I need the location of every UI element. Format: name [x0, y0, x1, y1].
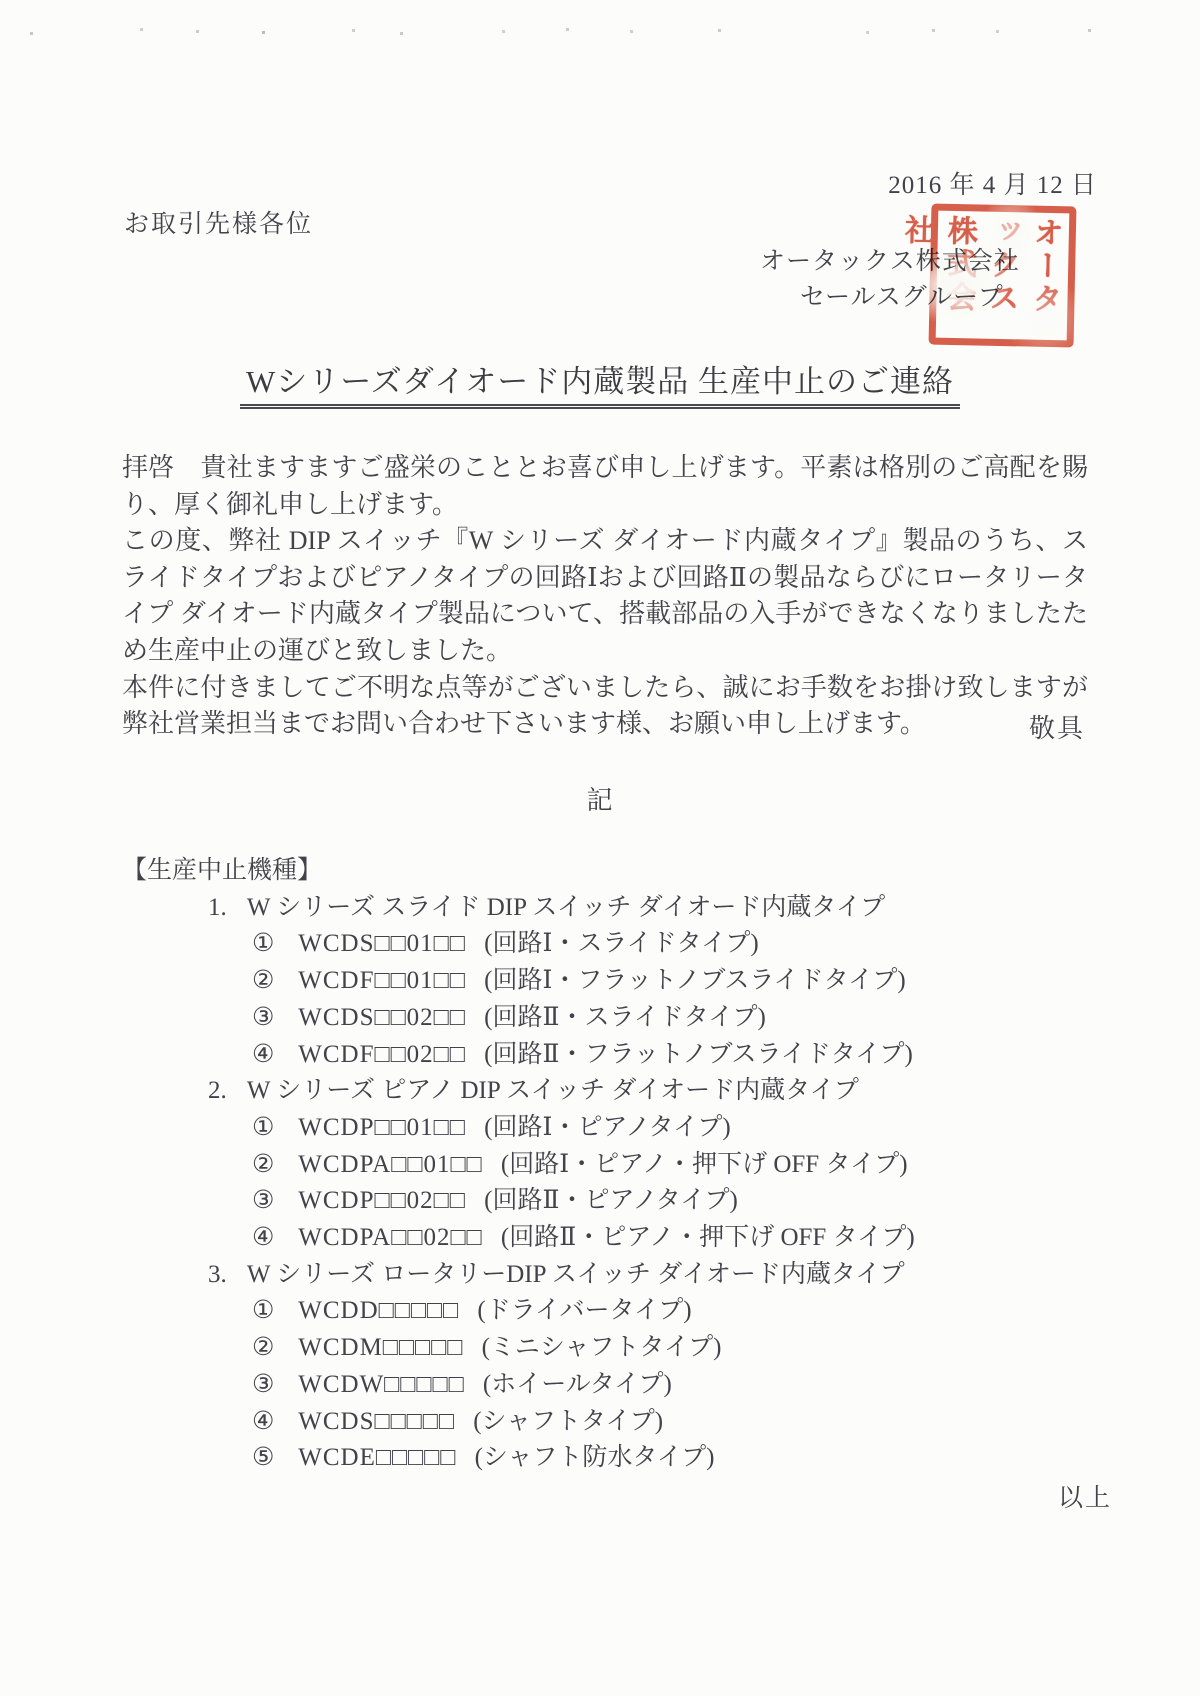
model-item: ② WCDF□□01□□ (回路Ⅰ・フラットノブスライドタイプ)	[122, 963, 1112, 1000]
scan-artifacts	[0, 28, 3, 31]
item-marker: ③	[252, 1183, 292, 1220]
letter-title: Wシリーズダイオード内蔵製品 生産中止のご連絡	[0, 356, 1200, 409]
list-heading: 【生産中止機種】	[122, 853, 1112, 890]
item-marker: ①	[252, 1110, 292, 1147]
item-marker: ①	[252, 926, 292, 963]
model-code: WCDS□□□□□	[298, 1408, 455, 1435]
model-item: ③ WCDW□□□□□ (ホイールタイプ)	[122, 1367, 1112, 1404]
section-number: 3.	[208, 1257, 241, 1294]
item-marker: ②	[252, 1147, 292, 1184]
model-item: ① WCDD□□□□□ (ドライバータイプ)	[122, 1293, 1112, 1330]
model-code: WCDF□□02□□	[298, 1041, 466, 1068]
body-paragraph-contact: 本件に付きましてご不明な点等がございましたら、誠にお手数をお掛け致しますが弊社営…	[122, 670, 1088, 743]
model-item: ④ WCDPA□□02□□ (回路Ⅱ・ピアノ・押下げ OFF タイプ)	[122, 1220, 1112, 1257]
model-desc: (シャフト防水タイプ)	[475, 1444, 715, 1471]
model-desc: (回路Ⅰ・スライドタイプ)	[484, 930, 759, 957]
model-item: ① WCDS□□01□□ (回路Ⅰ・スライドタイプ)	[122, 926, 1112, 963]
item-marker: ⑤	[252, 1440, 292, 1477]
item-marker: ②	[252, 1330, 292, 1367]
section-title-text: W シリーズ ピアノ DIP スイッチ ダイオード内蔵タイプ	[247, 1077, 859, 1104]
model-code: WCDS□□01□□	[298, 930, 466, 957]
model-item: ⑤ WCDE□□□□□ (シャフト防水タイプ)	[122, 1440, 1112, 1477]
model-desc: (回路Ⅱ・スライドタイプ)	[484, 1004, 766, 1031]
scanned-letter-page: 2016 年 4 月 12 日 お取引先様各位 オータックス株式会社 セールスグ…	[0, 0, 1200, 1696]
item-marker: ④	[252, 1037, 292, 1074]
closing-keigu: 敬具	[1029, 708, 1085, 745]
section-number: 1.	[208, 890, 241, 927]
model-desc: (ホイールタイプ)	[483, 1371, 672, 1398]
letter-body: 拝啓 貴社ますますご盛栄のこととお喜び申し上げます。平素は格別のご高配を賜り、厚…	[122, 450, 1088, 743]
model-item: ② WCDM□□□□□ (ミニシャフトタイプ)	[122, 1330, 1112, 1367]
model-desc: (シャフトタイプ)	[473, 1408, 663, 1435]
model-code: WCDPA□□01□□	[298, 1151, 482, 1178]
model-item: ① WCDP□□01□□ (回路Ⅰ・ピアノタイプ)	[122, 1110, 1112, 1147]
addressee: お取引先様各位	[124, 204, 313, 240]
model-desc: (回路Ⅱ・ピアノタイプ)	[484, 1187, 738, 1214]
model-code: WCDD□□□□□	[298, 1297, 459, 1324]
model-code: WCDF□□01□□	[298, 967, 466, 994]
model-desc: (回路Ⅱ・フラットノブスライドタイプ)	[484, 1041, 913, 1068]
model-desc: (回路Ⅰ・ピアノ・押下げ OFF タイプ)	[501, 1151, 908, 1178]
model-item: ④ WCDF□□02□□ (回路Ⅱ・フラットノブスライドタイプ)	[122, 1037, 1112, 1074]
item-marker: ④	[252, 1220, 292, 1257]
model-code: WCDM□□□□□	[298, 1334, 463, 1361]
section-1-title: 1. W シリーズ スライド DIP スイッチ ダイオード内蔵タイプ	[122, 890, 1112, 927]
model-code: WCDPA□□02□□	[298, 1224, 482, 1251]
body-paragraph-greeting: 拝啓 貴社ますますご盛栄のこととお喜び申し上げます。平素は格別のご高配を賜り、厚…	[122, 450, 1088, 523]
model-code: WCDW□□□□□	[298, 1371, 464, 1398]
model-desc: (ミニシャフトタイプ)	[482, 1334, 722, 1361]
model-item: ② WCDPA□□01□□ (回路Ⅰ・ピアノ・押下げ OFF タイプ)	[122, 1147, 1112, 1184]
discontinued-model-list: 【生産中止機種】 1. W シリーズ スライド DIP スイッチ ダイオード内蔵…	[122, 853, 1112, 1477]
item-marker: ③	[252, 1367, 292, 1404]
letter-title-text: Wシリーズダイオード内蔵製品 生産中止のご連絡	[240, 356, 960, 409]
letter-date: 2016 年 4 月 12 日	[888, 165, 1097, 201]
section-title-text: W シリーズ スライド DIP スイッチ ダイオード内蔵タイプ	[247, 894, 885, 921]
company-seal-stamp: オータックス株式会社	[929, 203, 1077, 347]
record-marker-ki: 記	[0, 780, 1200, 817]
model-item: ③ WCDP□□02□□ (回路Ⅱ・ピアノタイプ)	[122, 1183, 1112, 1220]
model-desc: (回路Ⅰ・ピアノタイプ)	[484, 1114, 731, 1141]
section-number: 2.	[208, 1073, 241, 1110]
body-paragraph-notice: この度、弊社 DIP スイッチ『W シリーズ ダイオード内蔵タイプ』製品のうち、…	[122, 523, 1088, 669]
section-3-title: 3. W シリーズ ロータリーDIP スイッチ ダイオード内蔵タイプ	[122, 1257, 1112, 1294]
model-code: WCDP□□01□□	[298, 1114, 466, 1141]
model-desc: (回路Ⅰ・フラットノブスライドタイプ)	[484, 967, 906, 994]
model-code: WCDS□□02□□	[298, 1004, 466, 1031]
end-marker-ijou: 以上	[1058, 1478, 1112, 1514]
model-desc: (ドライバータイプ)	[477, 1297, 691, 1324]
item-marker: ③	[252, 1000, 292, 1037]
item-marker: ④	[252, 1404, 292, 1441]
model-desc: (回路Ⅱ・ピアノ・押下げ OFF タイプ)	[501, 1224, 915, 1251]
section-title-text: W シリーズ ロータリーDIP スイッチ ダイオード内蔵タイプ	[247, 1261, 905, 1288]
item-marker: ②	[252, 963, 292, 1000]
model-item: ③ WCDS□□02□□ (回路Ⅱ・スライドタイプ)	[122, 1000, 1112, 1037]
model-item: ④ WCDS□□□□□ (シャフトタイプ)	[122, 1404, 1112, 1441]
model-code: WCDP□□02□□	[298, 1187, 466, 1214]
model-code: WCDE□□□□□	[298, 1444, 456, 1471]
section-2-title: 2. W シリーズ ピアノ DIP スイッチ ダイオード内蔵タイプ	[122, 1073, 1112, 1110]
item-marker: ①	[252, 1293, 292, 1330]
